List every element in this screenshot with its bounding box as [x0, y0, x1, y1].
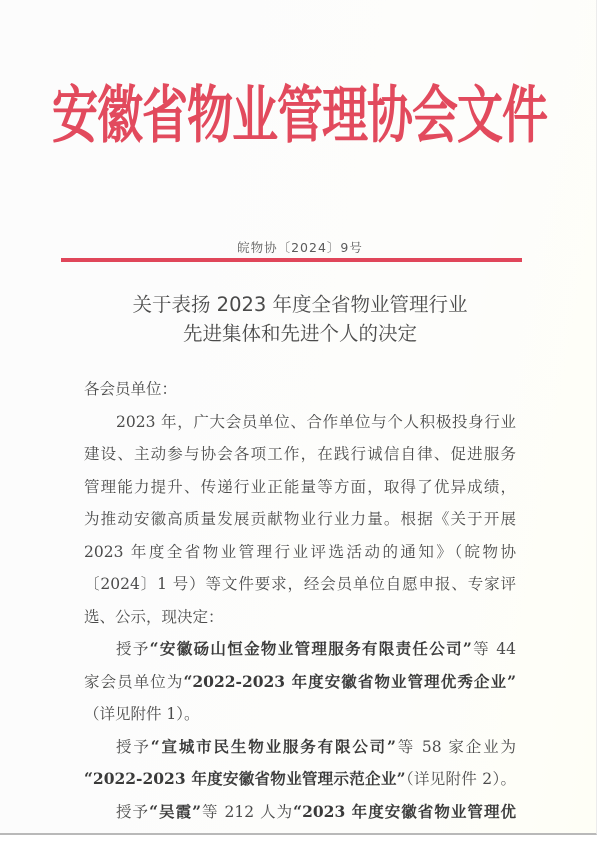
award-2-line-1: 授予“宣城市民生物业服务有限公司”等 58 家企业为 [84, 731, 516, 764]
award-3-line-1: 授予“吴霞”等 212 人为“2023 年度安徽省物业管理优 [84, 796, 516, 829]
award-2-company: “宣城市民生物业服务有限公司” [151, 737, 396, 756]
award-1-line-3: （详见附件 1）。 [84, 698, 516, 731]
award-2-prefix: 授予 [116, 738, 151, 756]
salutation: 各会员单位： [84, 373, 516, 406]
decision-title: 关于表扬 2023 年度全省物业管理行业 先进集体和先进个人的决定 [0, 290, 600, 348]
award-3-title: “2023 年度安徽省物业管理优 [293, 802, 516, 821]
award-1-line2-prefix: 家会员单位为 [84, 673, 183, 691]
page-number: 1 [0, 775, 600, 785]
award-1-suffix: 等 44 [472, 640, 516, 658]
award-3-person: “吴霞” [149, 802, 201, 821]
body-line-3: 管理能力提升、传递行业正能量等方面，取得了优异成绩， [84, 471, 516, 504]
document-page: 安徽省物业管理协会文件 皖物协〔2024〕9号 关于表扬 2023 年度全省物业… [0, 0, 597, 835]
issuing-authority-header: 安徽省物业管理协会文件 [52, 80, 532, 150]
award-1-prefix: 授予 [116, 640, 150, 658]
award-1-title: “2022-2023 年度安徽省物业管理优秀企业” [183, 672, 516, 691]
body-line-7: 选、公示，现决定： [84, 601, 516, 634]
award-1-line-1: 授予“安徽砀山恒金物业管理服务有限责任公司”等 44 [84, 633, 516, 666]
body-line-6: 〔2024〕1 号）等文件要求，经会员单位自愿申报、专家评 [84, 568, 516, 601]
red-separator-rule [61, 258, 522, 262]
document-body: 各会员单位： 2023 年，广大会员单位、合作单位与个人积极投身行业 建设、主动… [84, 373, 516, 828]
body-line-5: 2023 年度全省物业管理行业评选活动的通知》（皖物协 [84, 536, 516, 569]
body-line-2: 建设、主动参与协会各项工作，在践行诚信自律、促进服务 [84, 438, 516, 471]
award-2-suffix: 等 58 家企业为 [396, 738, 516, 756]
award-3-prefix: 授予 [116, 803, 149, 821]
body-line-4: 为推动安徽高质量发展贡献物业行业力量。根据《关于开展 [84, 503, 516, 536]
award-1-line-2: 家会员单位为“2022-2023 年度安徽省物业管理优秀企业” [84, 666, 516, 699]
award-3-middle: 等 212 人为 [201, 803, 293, 821]
body-line-1: 2023 年，广大会员单位、合作单位与个人积极投身行业 [84, 406, 516, 439]
document-number: 皖物协〔2024〕9号 [0, 238, 600, 256]
award-1-company: “安徽砀山恒金物业管理服务有限责任公司” [150, 639, 472, 658]
decision-title-line-2: 先进集体和先进个人的决定 [0, 319, 600, 348]
decision-title-line-1: 关于表扬 2023 年度全省物业管理行业 [0, 290, 600, 319]
